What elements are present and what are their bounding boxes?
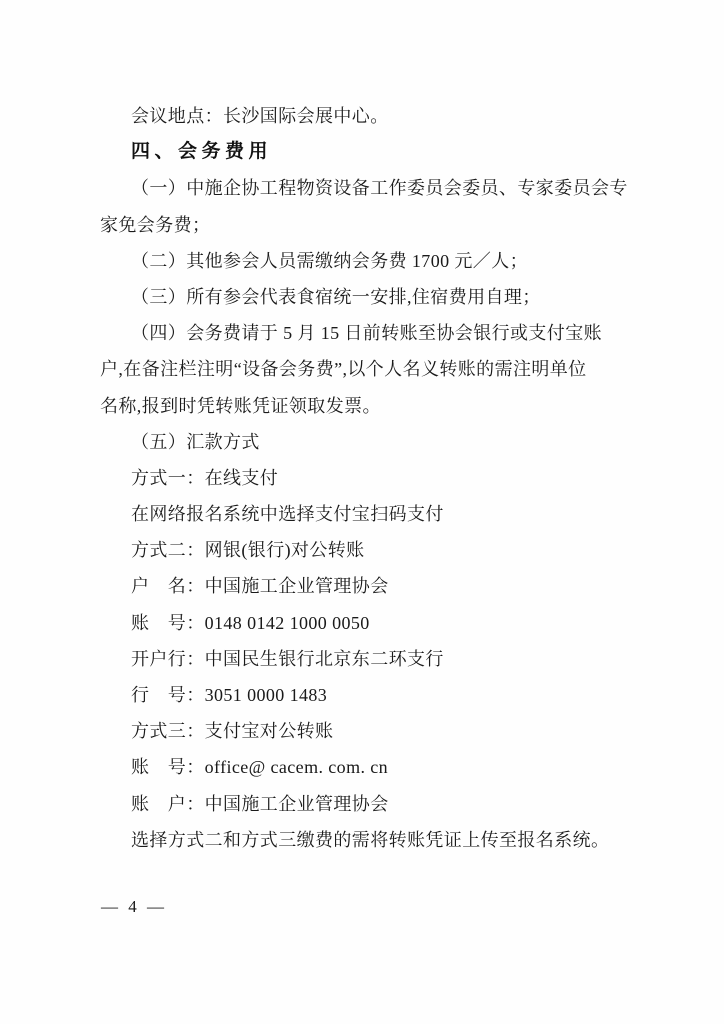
- fee-item-4-line-2: 户,在备注栏注明“设备会务费”,以个人名义转账的需注明单位: [100, 351, 640, 387]
- fee-item-4-line-1: （四）会务费请于 5 月 15 日前转账至协会银行或支付宝账: [100, 315, 640, 351]
- upload-voucher-note: 选择方式二和方式三缴费的需将转账凭证上传至报名系统。: [100, 822, 640, 858]
- page-number: — 4 —: [101, 892, 167, 922]
- payment-method-2: 方式二：网银(银行)对公转账: [100, 532, 640, 568]
- alipay-account-number: 账 号：office@ cacem. com. cn: [100, 749, 640, 785]
- document-page: 会议地点：长沙国际会展中心。 四、会务费用 （一）中施企协工程物资设备工作委员会…: [0, 0, 724, 1024]
- bank-branch-number: 行 号：3051 0000 1483: [100, 677, 640, 713]
- alipay-account-name: 账 户：中国施工企业管理协会: [100, 786, 640, 822]
- fee-item-1-line-1: （一）中施企协工程物资设备工作委员会委员、专家委员会专: [100, 170, 640, 206]
- payment-method-3: 方式三：支付宝对公转账: [100, 713, 640, 749]
- fee-item-1-line-2: 家免会务费；: [100, 207, 640, 243]
- meeting-location-line: 会议地点：长沙国际会展中心。: [100, 98, 640, 134]
- bank-branch-name: 开户行：中国民生银行北京东二环支行: [100, 641, 640, 677]
- bank-account-name: 户 名：中国施工企业管理协会: [100, 568, 640, 604]
- payment-method-1-detail: 在网络报名系统中选择支付宝扫码支付: [100, 496, 640, 532]
- fee-item-2: （二）其他参会人员需缴纳会务费 1700 元／人；: [100, 243, 640, 279]
- fee-item-3: （三）所有参会代表食宿统一安排,住宿费用自理；: [100, 279, 640, 315]
- fee-item-4-line-3: 名称,报到时凭转账凭证领取发票。: [100, 388, 640, 424]
- document-body: 会议地点：长沙国际会展中心。 四、会务费用 （一）中施企协工程物资设备工作委员会…: [100, 98, 640, 858]
- bank-account-number: 账 号：0148 0142 1000 0050: [100, 605, 640, 641]
- payment-method-1: 方式一：在线支付: [100, 460, 640, 496]
- fee-item-5-remittance-heading: （五）汇款方式: [100, 424, 640, 460]
- section-heading-conference-fees: 四、会务费用: [100, 134, 640, 170]
